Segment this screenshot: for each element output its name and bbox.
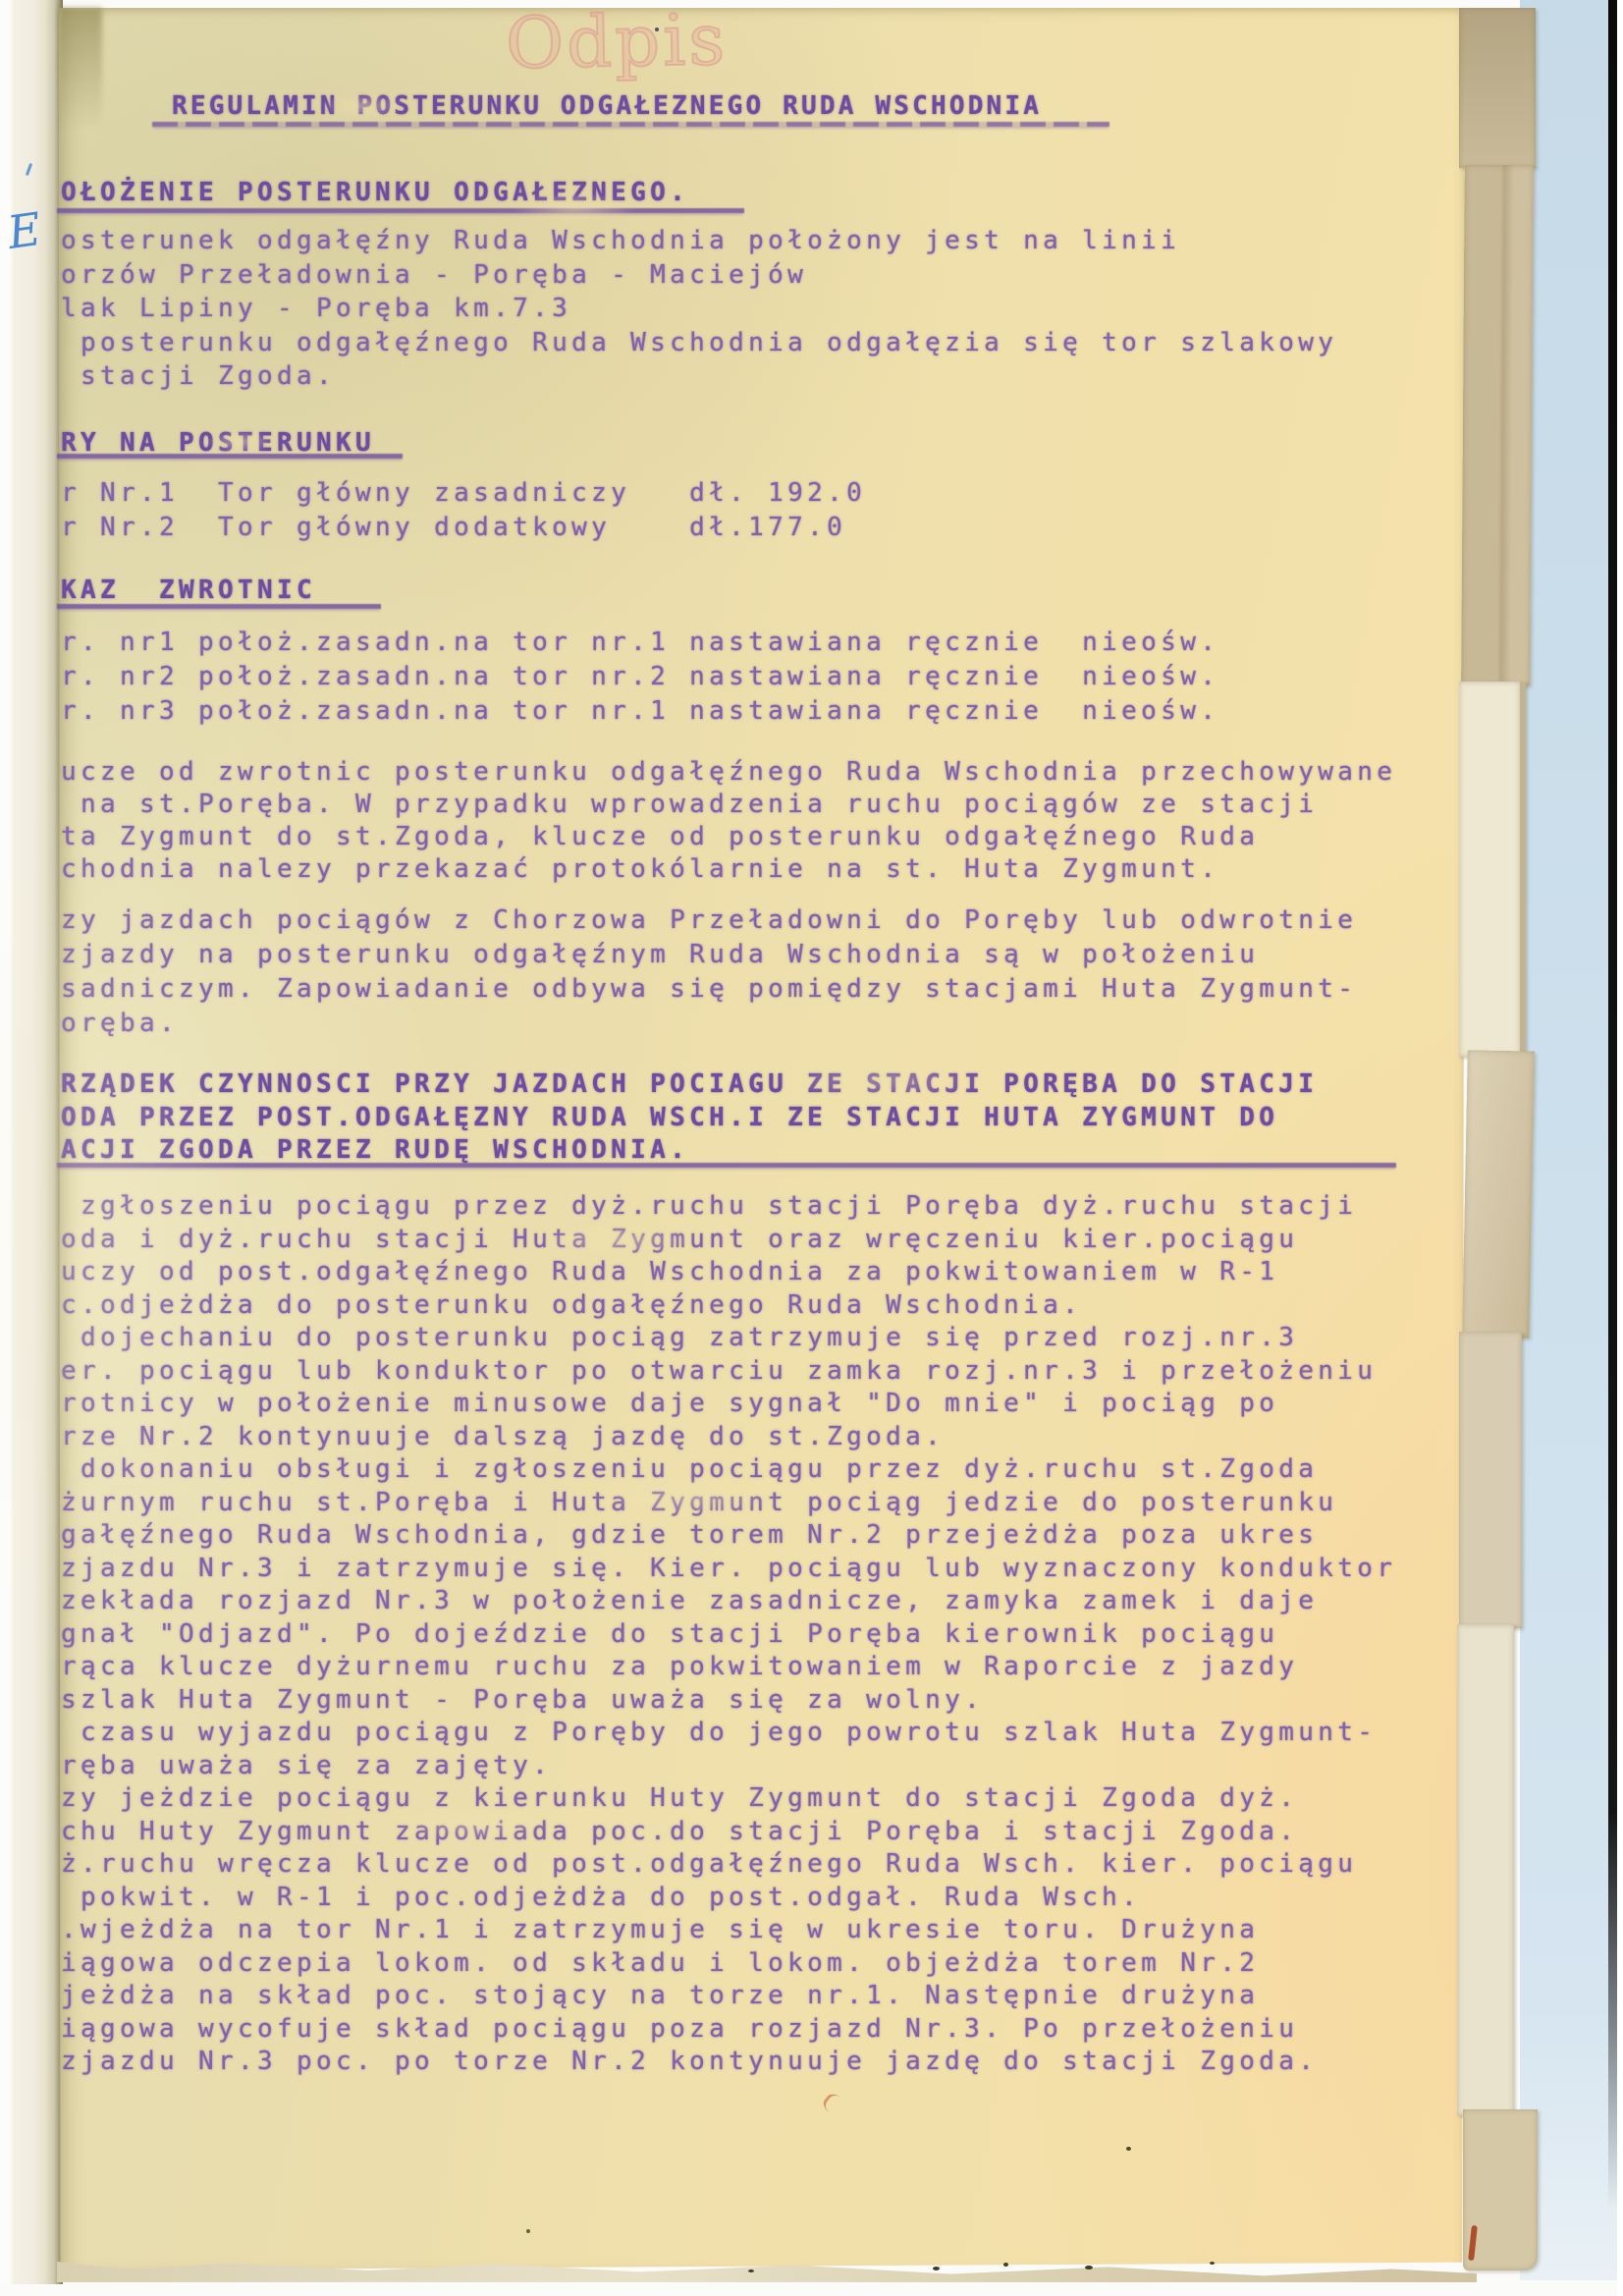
scanner-background — [1520, 0, 1618, 2280]
ink-speck — [1126, 2147, 1131, 2151]
text-line: szlak Huta Zygmunt - Poręba uważa się za… — [61, 1684, 1396, 1718]
text-line: zjazdu Nr.3 i zatrzymuje się. Kier. poci… — [61, 1553, 1396, 1586]
torn-page-edge — [1459, 1332, 1522, 1628]
odpis-stamp: Odpis — [505, 0, 729, 84]
text-line: posterunku odgałęźnego Ruda Wschodnia od… — [61, 326, 1337, 360]
text-line: chu Huty Zygmunt zapowiada poc.do stacji… — [61, 1816, 1396, 1849]
heading-underline — [57, 1163, 1396, 1168]
scan-white-margin — [1617, 0, 1623, 2296]
text-line: gałęźnego Ruda Wschodnia, gdzie torem Nr… — [61, 1519, 1396, 1553]
heading-underline — [57, 208, 744, 213]
text-line: orzów Przeładownia - Poręba - Maciejów — [61, 258, 1337, 293]
debris-speck — [1085, 2266, 1093, 2269]
text-line: rotnicy w położenie minusowe daje sygnał… — [61, 1388, 1396, 1421]
text-line: zekłada rozjazd Nr.3 w położenie zasadni… — [61, 1585, 1396, 1618]
heading-underline — [57, 604, 381, 609]
text-line: zjazdu Nr.3 poc. po torze Nr.2 kontynuuj… — [61, 2046, 1396, 2079]
torn-page-edge — [1459, 682, 1526, 1057]
page-corner-shadow — [59, 8, 102, 131]
text-line: osterunek odgałęźny Ruda Wschodnia położ… — [61, 224, 1337, 258]
text-line: zy jazdach pociągów z Chorzowa Przeładow… — [61, 903, 1357, 938]
text-line: chodnia nalezy przekazać protokólarnie n… — [61, 853, 1396, 886]
text-line: r. nr1 położ.zasadn.na tor nr.1 nastawia… — [61, 626, 1219, 660]
paragraph-keys: ucze od zwrotnic posterunku odgałęźnego … — [61, 756, 1396, 886]
text-line: żurnym ruchu st.Poręba i Huta Zygmunt po… — [61, 1487, 1396, 1520]
text-line: r Nr.2 Tor główny dodatkowy dł.177.0 — [61, 511, 866, 545]
text-line: oda i dyż.ruchu stacji Huta Zygmunt oraz… — [61, 1224, 1396, 1257]
text-line: sadniczym. Zapowiadanie odbywa się pomię… — [61, 972, 1357, 1007]
text-line: r. nr3 położ.zasadn.na tor nr.1 nastawia… — [61, 694, 1219, 729]
debris-speck — [1210, 2262, 1215, 2265]
underlying-page-edge — [0, 0, 63, 2284]
text-line: zgłoszeniu pociągu przez dyż.ruchu stacj… — [61, 1190, 1396, 1224]
text-line: iągowa wycofuje skład pociągu poza rozja… — [61, 2013, 1396, 2047]
text-line: zy jeżdzie pociągu z kierunku Huty Zygmu… — [61, 1782, 1396, 1816]
procedure-body: zgłoszeniu pociągu przez dyż.ruchu stacj… — [61, 1190, 1396, 2079]
text-line: ta Zygmunt do st.Zgoda, klucze od poster… — [61, 821, 1396, 853]
torn-page-edge — [1457, 1624, 1514, 2115]
debris-speck — [748, 2269, 754, 2272]
text-line: uczy od post.odgałęźnego Ruda Wschodnia … — [61, 1256, 1396, 1289]
text-line: jeżdża na skład poc. stojący na torze nr… — [61, 1980, 1396, 2013]
margin-annotation: E — [4, 202, 44, 259]
text-line: zjazdy na posterunku odgałęźnym Ruda Wsc… — [61, 938, 1357, 972]
text-line: gnał "Odjazd". Po dojeździe do stacji Po… — [61, 1618, 1396, 1652]
tracks-table: r Nr.1 Tor główny zasadniczy dł. 192.0r … — [61, 476, 866, 545]
section-heading-switches: KAZ ZWROTNIC — [61, 574, 316, 608]
switches-table: r. nr1 położ.zasadn.na tor nr.1 nastawia… — [61, 626, 1219, 729]
text-line: dojechaniu do posterunku pociąg zatrzymu… — [61, 1322, 1396, 1355]
scanned-document: Odpis E REGULAMIN POSTERUNKU ODGAŁEZNEGO… — [0, 0, 1623, 2296]
heading-underline — [57, 454, 403, 459]
text-line: c.odjeżdża do posterunku odgałęźnego Rud… — [61, 1289, 1396, 1323]
text-line: .wjeżdża na tor Nr.1 i zatrzymuje się w … — [61, 1914, 1396, 1947]
torn-page-edge — [1462, 1050, 1535, 1338]
text-line: ręba uważa się za zajęty. — [61, 1750, 1396, 1783]
text-line: er. pociągu lub konduktor po otwarciu za… — [61, 1355, 1396, 1389]
paragraph-rides: zy jazdach pociągów z Chorzowa Przeładow… — [61, 903, 1357, 1041]
text-line: czasu wyjazdu pociągu z Poręby do jego p… — [61, 1717, 1396, 1750]
section-heading-procedure: RZĄDEK CZYNNOSCI PRZY JAZDACH POCIAGU ZE… — [61, 1068, 1318, 1168]
title-underline — [152, 122, 1109, 127]
torn-page-edge — [1461, 165, 1534, 685]
torn-page-edge — [1459, 8, 1536, 168]
document-title: REGULAMIN POSTERUNKU ODGAŁEZNEGO RUDA WS… — [172, 90, 1042, 124]
text-line: iągowa odczepia lokom. od składu i lokom… — [61, 1947, 1396, 1981]
text-line: r. nr2 położ.zasadn.na tor nr.2 nastawia… — [61, 660, 1219, 694]
text-line: ż.ruchu wręcza klucze od post.odgałęźneg… — [61, 1848, 1396, 1882]
text-line: dokonaniu obsługi i zgłoszeniu pociągu p… — [61, 1453, 1396, 1487]
text-line: r Nr.1 Tor główny zasadniczy dł. 192.0 — [61, 476, 866, 511]
text-line: ODA PRZEZ POST.ODGAŁĘZNY RUDA WSCH.I ZE … — [61, 1102, 1318, 1135]
text-line: na st.Poręba. W przypadku wprowadzenia r… — [61, 789, 1396, 821]
text-line: RZĄDEK CZYNNOSCI PRZY JAZDACH POCIAGU ZE… — [61, 1068, 1318, 1102]
text-line: lak Lipiny - Poręba km.7.3 — [61, 292, 1337, 326]
section-heading-location: OŁOŻENIE POSTERUNKU ODGAŁEZNEGO. — [61, 177, 689, 210]
text-line: rąca klucze dyżurnemu ruchu za pokwitowa… — [61, 1651, 1396, 1684]
text-line: pokwit. w R-1 i poc.odjeżdża do post.odg… — [61, 1882, 1396, 1915]
debris-speck — [933, 2267, 940, 2270]
paragraph-location: osterunek odgałęźny Ruda Wschodnia położ… — [61, 224, 1337, 394]
text-line: stacji Zgoda. — [61, 359, 1337, 394]
text-line: oręba. — [61, 1007, 1357, 1041]
debris-speck — [1003, 2263, 1008, 2267]
text-line: ucze od zwrotnic posterunku odgałęźnego … — [61, 756, 1396, 789]
ink-speck — [526, 2229, 530, 2233]
text-line: rze Nr.2 kontynuuje dalszą jazdę do st.Z… — [61, 1421, 1396, 1454]
